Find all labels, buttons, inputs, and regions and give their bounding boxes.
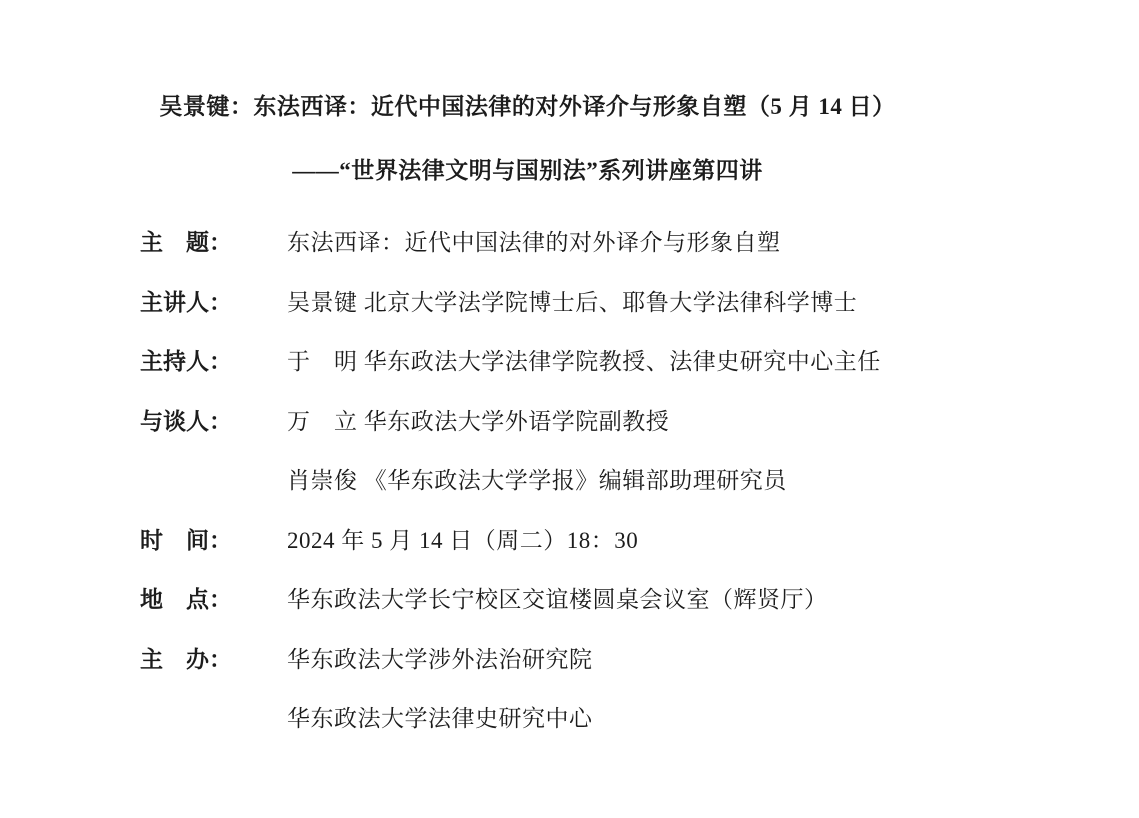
field-value: 东法西译：近代中国法律的对外译介与形象自塑 — [287, 224, 781, 257]
field-value: 华东政法大学长宁校区交谊楼圆桌会议室（辉贤厅） — [287, 581, 828, 614]
detail-row-organizer-2: 华东政法大学法律史研究中心 — [140, 687, 1119, 747]
field-value: 万 立 华东政法大学外语学院副教授 — [287, 403, 669, 436]
detail-row-topic: 主 题： 东法西译：近代中国法律的对外译介与形象自塑 — [140, 211, 1119, 271]
document-title: 吴景键：东法西译：近代中国法律的对外译介与形象自塑（5 月 14 日） — [85, 88, 970, 121]
field-label: 地 点： — [140, 581, 287, 614]
detail-row-location: 地 点： 华东政法大学长宁校区交谊楼圆桌会议室（辉贤厅） — [140, 568, 1119, 628]
detail-row-host: 主持人： 于 明 华东政法大学法律学院教授、法律史研究中心主任 — [140, 330, 1119, 390]
field-label: 主持人： — [140, 343, 287, 376]
field-value: 华东政法大学法律史研究中心 — [287, 700, 593, 733]
field-label: 与谈人： — [140, 403, 287, 436]
field-label: 时 间： — [140, 522, 287, 555]
detail-row-discussant-1: 与谈人： 万 立 华东政法大学外语学院副教授 — [140, 390, 1119, 450]
detail-row-speaker: 主讲人： 吴景键 北京大学法学院博士后、耶鲁大学法律科学博士 — [140, 271, 1119, 331]
document-page: 吴景键：东法西译：近代中国法律的对外译介与形象自塑（5 月 14 日） ——“世… — [0, 0, 1139, 818]
field-label: 主 题： — [140, 224, 287, 257]
field-label: 主讲人： — [140, 284, 287, 317]
field-value: 2024 年 5 月 14 日（周二）18：30 — [287, 522, 638, 555]
detail-row-time: 时 间： 2024 年 5 月 14 日（周二）18：30 — [140, 509, 1119, 569]
field-value: 肖崇俊 《华东政法大学学报》编辑部助理研究员 — [287, 462, 787, 495]
field-label: 主 办： — [140, 641, 287, 674]
detail-row-discussant-2: 肖崇俊 《华东政法大学学报》编辑部助理研究员 — [140, 449, 1119, 509]
field-value: 华东政法大学涉外法治研究院 — [287, 641, 593, 674]
detail-row-organizer-1: 主 办： 华东政法大学涉外法治研究院 — [140, 628, 1119, 688]
field-value: 吴景键 北京大学法学院博士后、耶鲁大学法律科学博士 — [287, 284, 857, 317]
field-value: 于 明 华东政法大学法律学院教授、法律史研究中心主任 — [287, 343, 881, 376]
document-subtitle: ——“世界法律文明与国别法”系列讲座第四讲 — [85, 152, 970, 185]
detail-rows: 主 题： 东法西译：近代中国法律的对外译介与形象自塑 主讲人： 吴景键 北京大学… — [140, 211, 1119, 747]
